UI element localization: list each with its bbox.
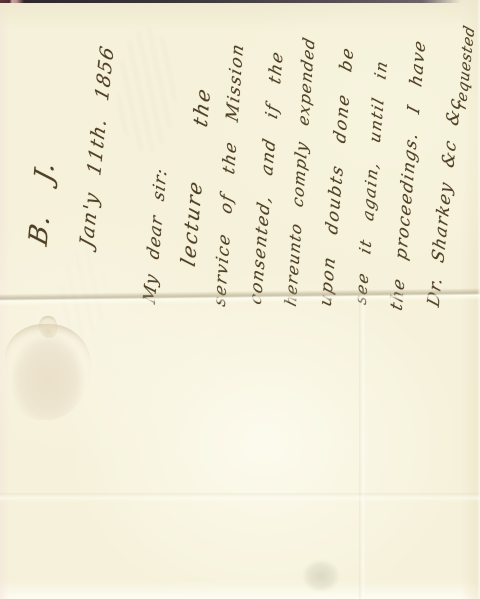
letter-body-line: service of the Mission bbox=[210, 40, 248, 308]
letter-date: Jan'y 11th. 1856 bbox=[76, 42, 118, 250]
letter-docket-note: requested bbox=[452, 23, 478, 112]
fold-crease-vertical bbox=[359, 300, 366, 599]
letter-body-line: the proceedings. I have bbox=[387, 37, 430, 313]
letter-paper: B. J. Jan'y 11th. 1856 My dear sir: lect… bbox=[0, 0, 480, 599]
paper-stain bbox=[5, 324, 91, 420]
letter-body-line: see it again, until in bbox=[351, 57, 391, 307]
letter-body-line: consented, and if the bbox=[246, 48, 288, 307]
letter-docket-initials: B. J. bbox=[24, 156, 61, 249]
fold-crease-lower bbox=[0, 493, 480, 502]
ink-showthrough-mark bbox=[118, 28, 176, 153]
letter-body-line: lecture the bbox=[176, 84, 215, 269]
letter-body-line: hereunto comply expended bbox=[281, 34, 318, 308]
letter-salutation: My dear sir: bbox=[140, 165, 171, 306]
scanner-edge-strip bbox=[0, 0, 480, 3]
letter-signature-line: Dr. Sharkey &c &c bbox=[424, 95, 465, 310]
letter-scan: B. J. Jan'y 11th. 1856 My dear sir: lect… bbox=[0, 0, 480, 599]
ink-smudge bbox=[297, 555, 345, 597]
letter-body-line: upon doubts done be bbox=[316, 44, 358, 309]
